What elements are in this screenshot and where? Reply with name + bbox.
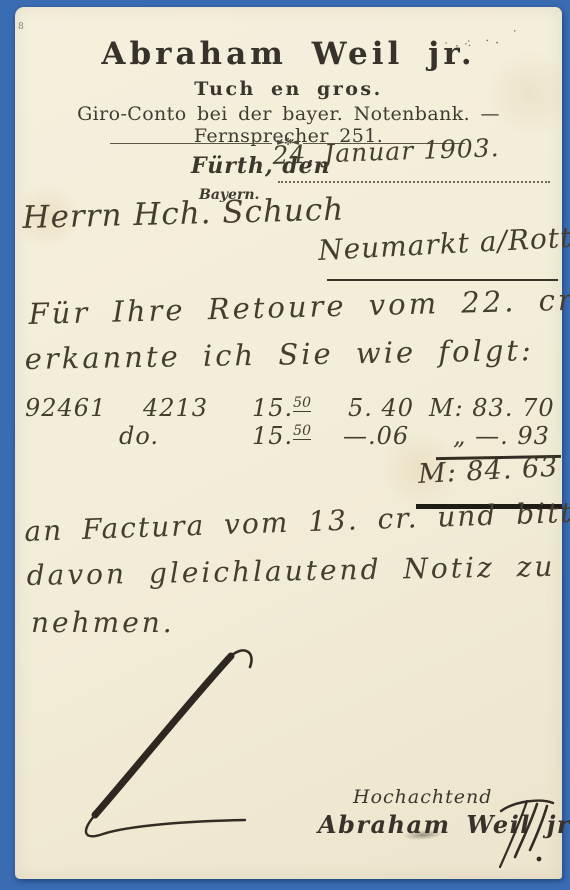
calc-row2-result: „ —. 93 <box>453 422 550 450</box>
calc-row2-price: 15.50 <box>252 422 311 450</box>
calc-row1-amount: 5. 40 <box>348 394 414 422</box>
ink-smudge <box>403 829 444 842</box>
calc-row1-price-sup: 50 <box>293 395 311 412</box>
recipient-name: Herrn Hch. Schuch <box>22 192 345 236</box>
closing-salutation: Hochachtend <box>353 786 492 808</box>
large-ink-flourish <box>53 643 263 845</box>
calc-row2-amount: —.06 <box>343 422 409 450</box>
body-line-1: Für Ihre Retoure vom 22. cr. <box>28 282 570 331</box>
calc-row2-price-sup: 50 <box>293 423 311 440</box>
body-line-2: erkannte ich Sie wie folgt: <box>24 333 534 376</box>
signature-paraph <box>497 793 557 875</box>
calc-row2-price-main: 15. <box>252 422 293 450</box>
calc-row2-qty: do. <box>119 422 159 450</box>
body2-line-2: davon gleichlautend Notiz zu <box>26 550 555 592</box>
body2-line-3: nehmen. <box>31 606 175 639</box>
postcard: Abraham Weil jr. Tuch en gros. Giro-Cont… <box>15 7 562 879</box>
letterhead-subtitle: Tuch en gros. <box>15 78 562 100</box>
recipient-city-underline <box>327 279 558 281</box>
calc-row1-result: M: 83. 70 <box>429 394 555 422</box>
signature-paraph-icon <box>497 793 557 875</box>
calc-row1-ref: 92461 <box>25 394 106 422</box>
calc-row1-price: 15.50 <box>252 394 311 422</box>
recipient-city: Neumarkt a/Rott <box>317 221 570 267</box>
flourish-2-icon <box>53 643 263 845</box>
divider-line-left <box>110 143 272 144</box>
scan-background: Abraham Weil jr. Tuch en gros. Giro-Cont… <box>0 0 570 890</box>
calc-row1-price-main: 15. <box>252 394 293 422</box>
calc-total: M: 84. 63 <box>417 452 559 490</box>
calc-row1-qty: 4213 <box>143 394 208 422</box>
corner-mark: 8 <box>18 22 24 32</box>
body2-line-1: an Factura vom 13. cr. und bitte <box>24 495 570 548</box>
